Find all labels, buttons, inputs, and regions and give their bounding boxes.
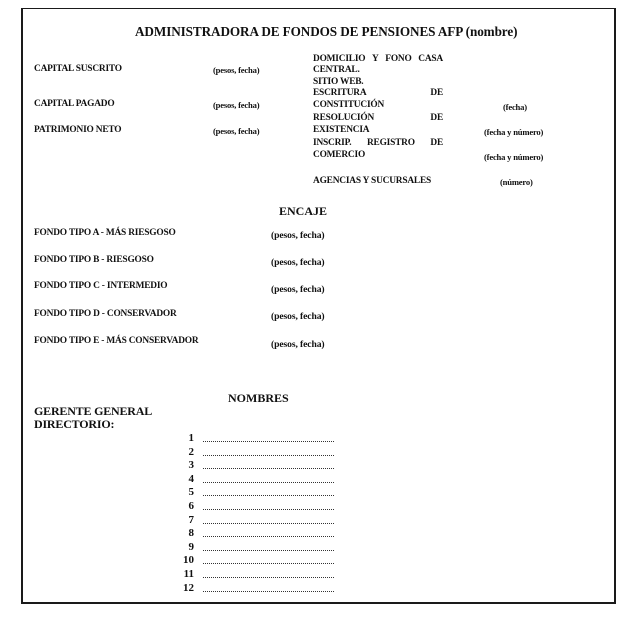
director-number: 1 <box>174 433 194 444</box>
domicilio-line2: CENTRAL. <box>313 66 360 75</box>
fondo-a-label: FONDO TIPO A - MÁS RIESGOSO <box>34 229 176 238</box>
word: ESCRITURA <box>313 89 366 98</box>
director-name-field[interactable] <box>203 590 334 592</box>
resolucion-line2: EXISTENCIA <box>313 126 369 135</box>
director-name-field[interactable] <box>203 508 334 510</box>
director-name-field[interactable] <box>203 535 334 537</box>
resolucion-line1: RESOLUCIÓN DE <box>313 114 443 123</box>
director-number: 8 <box>174 528 194 539</box>
director-number: 9 <box>174 542 194 553</box>
word: Y <box>372 55 379 64</box>
word: DE <box>430 89 443 98</box>
word: INSCRIP. <box>313 139 351 148</box>
directorio-label: DIRECTORIO: <box>34 418 114 430</box>
word: DE <box>430 139 443 148</box>
resolucion-value: (fecha y número) <box>484 128 543 137</box>
agencias-value: (número) <box>500 178 533 187</box>
nombres-heading: NOMBRES <box>228 392 289 404</box>
director-name-field[interactable] <box>203 494 334 496</box>
fondo-a-value: (pesos, fecha) <box>271 231 325 241</box>
gerente-general-label: GERENTE GENERAL <box>34 405 152 417</box>
director-name-field[interactable] <box>203 562 334 564</box>
director-number: 7 <box>174 515 194 526</box>
escritura-line2: CONSTITUCIÓN <box>313 101 384 110</box>
director-name-field[interactable] <box>203 549 334 551</box>
director-name-field[interactable] <box>203 467 334 469</box>
director-name-field[interactable] <box>203 481 334 483</box>
inscrip-value: (fecha y número) <box>484 153 543 162</box>
director-name-field[interactable] <box>203 576 334 578</box>
capital-suscrito-label: CAPITAL SUSCRITO <box>34 65 122 74</box>
word: REGISTRO <box>367 139 415 148</box>
director-number: 5 <box>174 487 194 498</box>
sitio-web-label: SITIO WEB. <box>313 78 363 87</box>
capital-pagado-value: (pesos, fecha) <box>213 101 259 110</box>
document-title: ADMINISTRADORA DE FONDOS DE PENSIONES AF… <box>135 25 517 38</box>
director-name-field[interactable] <box>203 522 334 524</box>
fondo-e-value: (pesos, fecha) <box>271 340 325 350</box>
patrimonio-neto-label: PATRIMONIO NETO <box>34 126 121 135</box>
fondo-c-value: (pesos, fecha) <box>271 285 325 295</box>
director-name-field[interactable] <box>203 454 334 456</box>
director-number: 3 <box>174 460 194 471</box>
director-number: 11 <box>174 569 194 580</box>
director-number: 10 <box>174 555 194 566</box>
inscrip-line2: COMERCIO <box>313 151 365 160</box>
word: FONO <box>385 55 411 64</box>
fondo-c-label: FONDO TIPO C - INTERMEDIO <box>34 282 167 291</box>
director-number: 4 <box>174 474 194 485</box>
agencias-label: AGENCIAS Y SUCURSALES <box>313 177 431 186</box>
escritura-value: (fecha) <box>503 103 527 112</box>
fondo-d-value: (pesos, fecha) <box>271 312 325 322</box>
capital-suscrito-value: (pesos, fecha) <box>213 66 259 75</box>
domicilio-line1: DOMICILIO Y FONO CASA <box>313 55 443 64</box>
capital-pagado-label: CAPITAL PAGADO <box>34 100 114 109</box>
word: DE <box>430 114 443 123</box>
fondo-b-value: (pesos, fecha) <box>271 258 325 268</box>
fondo-e-label: FONDO TIPO E - MÁS CONSERVADOR <box>34 337 198 346</box>
encaje-heading: ENCAJE <box>279 205 327 217</box>
director-name-field[interactable] <box>203 440 334 442</box>
word: CASA <box>418 55 443 64</box>
patrimonio-neto-value: (pesos, fecha) <box>213 127 259 136</box>
word: DOMICILIO <box>313 55 365 64</box>
fondo-b-label: FONDO TIPO B - RIESGOSO <box>34 256 154 265</box>
inscrip-line1: INSCRIP. REGISTRO DE <box>313 139 443 148</box>
director-number: 2 <box>174 447 194 458</box>
fondo-d-label: FONDO TIPO D - CONSERVADOR <box>34 310 177 319</box>
word: RESOLUCIÓN <box>313 114 374 123</box>
escritura-line1: ESCRITURA DE <box>313 89 443 98</box>
director-number: 6 <box>174 501 194 512</box>
director-number: 12 <box>174 583 194 594</box>
